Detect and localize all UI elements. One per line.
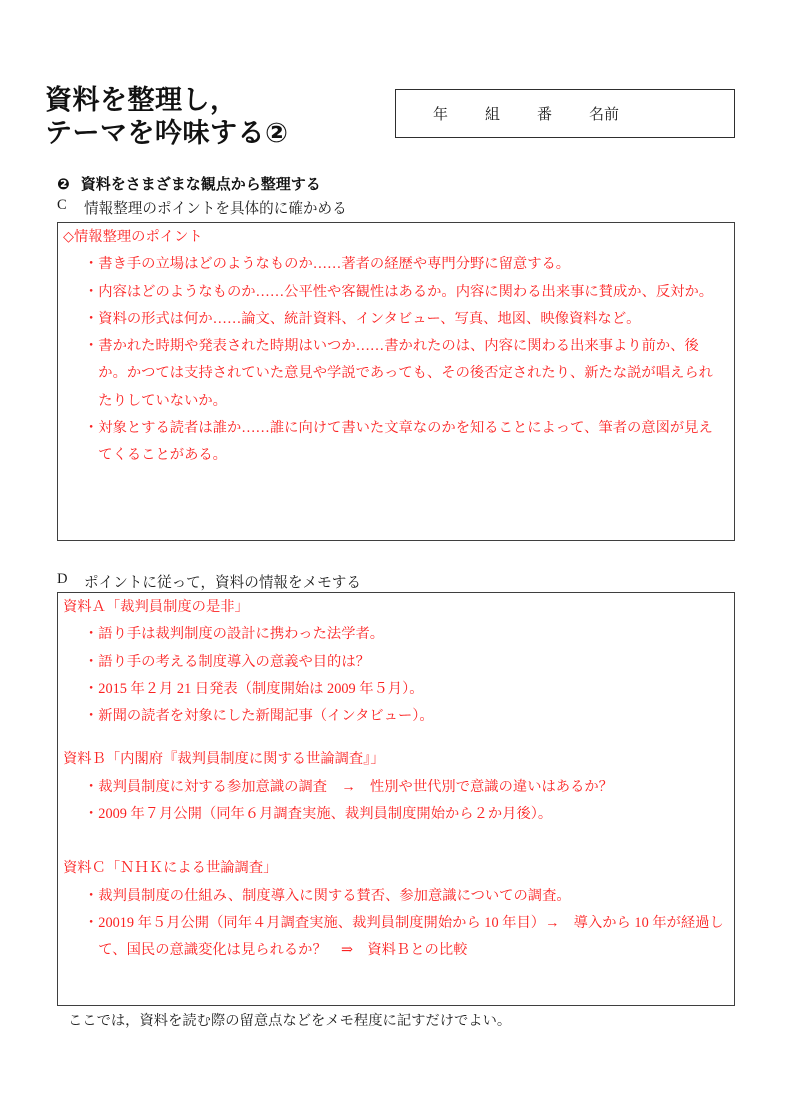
source-a-title: 資料Ａ「裁判員制度の是非」 xyxy=(63,594,726,621)
page-title: 資料を整理し， テーマを吟味する② xyxy=(45,84,288,150)
source-b-list: ・裁判員制度に対する参加意識の調査 → 性別や世代別で意識の違いはあるか？・20… xyxy=(84,774,726,829)
name-label: 名前 xyxy=(589,103,619,124)
source-a-list: ・語り手は裁判制度の設計に携わった法学者。・語り手の考える制度導入の意義や目的は… xyxy=(84,621,726,730)
section-2-heading: ❷ 資料をさまざまな観点から整理する xyxy=(57,173,321,194)
bullet-item: ・裁判員制度の仕組み、制度導入に関する賛否、参加意識についての調査。 xyxy=(84,883,726,910)
section-2-heading-text: 資料をさまざまな観点から整理する xyxy=(81,173,321,194)
section-d-heading-text: ポイントに従って，資料の情報をメモする xyxy=(84,571,361,592)
points-box-title: ◇情報整理のポイント xyxy=(63,224,726,251)
number-label: 番 xyxy=(537,103,552,124)
section-c-heading-text: 情報整理のポイントを具体的に確かめる xyxy=(84,197,347,218)
page-title-line2: テーマを吟味する② xyxy=(45,117,288,150)
points-list: ・書き手の立場はどのようなものか……著者の経歴や専門分野に留意する。・内容はどの… xyxy=(84,251,726,469)
bullet-item: ・書き手の立場はどのようなものか……著者の経歴や専門分野に留意する。 xyxy=(84,251,726,278)
bullet-item: ・書かれた時期や発表された時期はいつか……書かれたのは、内容に関わる出来事より前… xyxy=(84,333,726,415)
source-c-group: 資料Ｃ「ＮＨＫによる世論調査」 ・裁判員制度の仕組み、制度導入に関する賛否、参加… xyxy=(63,855,726,964)
bullet-item: ・内容はどのようなものか……公平性や客観性はあるか。内容に関わる出来事に賛成か、… xyxy=(84,279,726,306)
section-d-heading: D ポイントに従って，資料の情報をメモする xyxy=(57,571,361,592)
class-label: 組 xyxy=(485,103,500,124)
page-title-line1: 資料を整理し， xyxy=(45,84,288,117)
source-c-title: 資料Ｃ「ＮＨＫによる世論調査」 xyxy=(63,855,726,882)
source-b-title: 資料Ｂ「内閣府『裁判員制度に関する世論調査』」 xyxy=(63,746,726,773)
worksheet-page: 資料を整理し， テーマを吟味する② 年 組 番 名前 ❷ 資料をさまざまな観点か… xyxy=(0,0,790,1117)
circled-2-icon: ❷ xyxy=(57,175,70,193)
bullet-item: ・20019 年５月公開（同年４月調査実施、裁判員制度開始から 10 年目）→ … xyxy=(84,910,726,965)
footer-note: ここでは，資料を読む際の留意点などをメモ程度に記すだけでよい。 xyxy=(68,1011,511,1031)
bullet-item: ・2009 年７月公開（同年６月調査実施、裁判員制度開始から２か月後）。 xyxy=(84,801,726,828)
name-entry-box: 年 組 番 名前 xyxy=(395,89,735,138)
section-c-label: C xyxy=(57,197,84,218)
source-c-list: ・裁判員制度の仕組み、制度導入に関する賛否、参加意識についての調査。・20019… xyxy=(84,883,726,965)
bullet-item: ・語り手の考える制度導入の意義や目的は？ xyxy=(84,649,726,676)
section-d-label: D xyxy=(57,571,84,592)
source-b-group: 資料Ｂ「内閣府『裁判員制度に関する世論調査』」 ・裁判員制度に対する参加意識の調… xyxy=(63,746,726,828)
points-box: ◇情報整理のポイント ・書き手の立場はどのようなものか……著者の経歴や専門分野に… xyxy=(57,222,735,541)
bullet-item: ・語り手は裁判制度の設計に携わった法学者。 xyxy=(84,621,726,648)
bullet-item: ・対象とする読者は誰か……誰に向けて書いた文章なのかを知ることによって、筆者の意… xyxy=(84,415,726,470)
bullet-item: ・資料の形式は何か……論文、統計資料、インタビュー、写真、地図、映像資料など。 xyxy=(84,306,726,333)
year-label: 年 xyxy=(433,103,448,124)
bullet-item: ・裁判員制度に対する参加意識の調査 → 性別や世代別で意識の違いはあるか？ xyxy=(84,774,726,801)
bullet-item: ・新聞の読者を対象にした新聞記事（インタビュー）。 xyxy=(84,703,726,730)
section-c-heading: C 情報整理のポイントを具体的に確かめる xyxy=(57,197,347,218)
source-a-group: 資料Ａ「裁判員制度の是非」 ・語り手は裁判制度の設計に携わった法学者。・語り手の… xyxy=(63,594,726,730)
bullet-item: ・2015 年２月 21 日発表（制度開始は 2009 年５月）。 xyxy=(84,676,726,703)
memo-box: 資料Ａ「裁判員制度の是非」 ・語り手は裁判制度の設計に携わった法学者。・語り手の… xyxy=(57,592,735,1006)
